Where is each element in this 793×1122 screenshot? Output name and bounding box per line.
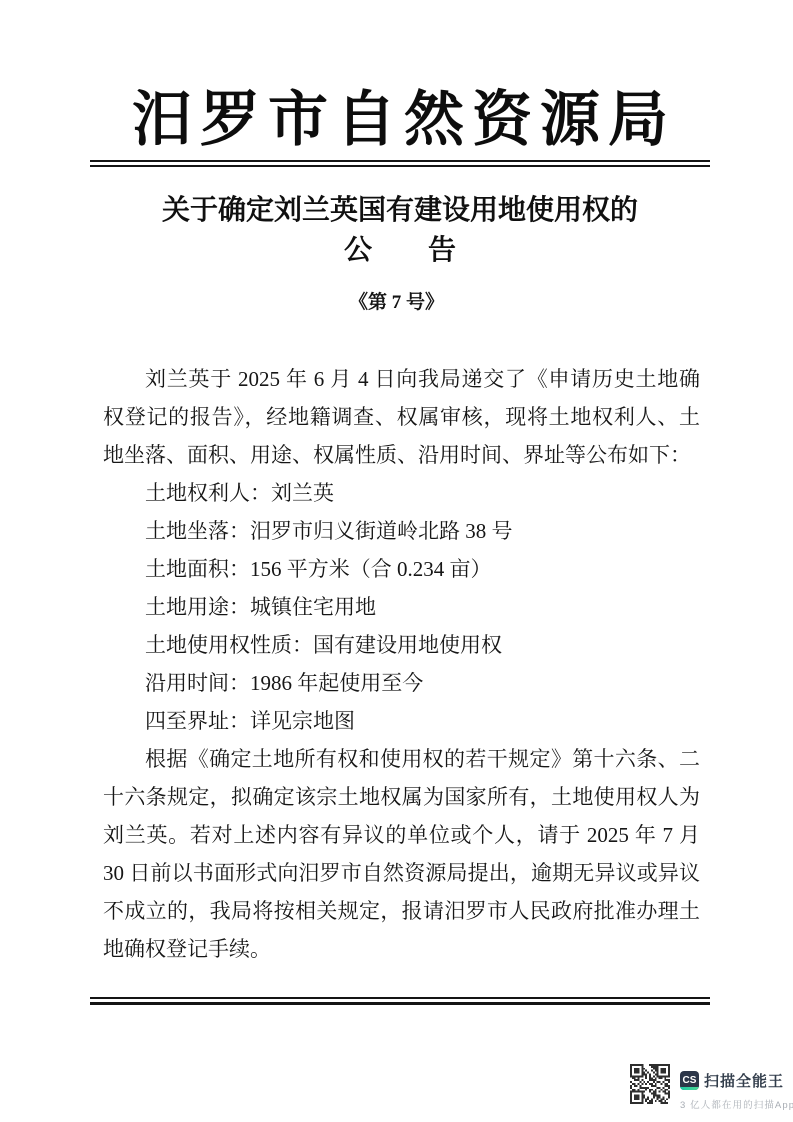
closing-paragraph: 根据《确定土地所有权和使用权的若干规定》第十六条、二十六条规定，拟确定该宗土地权… [103,740,700,968]
camscanner-logo-letters: CS [683,1075,697,1086]
notice-title: 关于确定刘兰英国有建设用地使用权的 公 告 [90,191,710,271]
watermark-text-block: CS 扫描全能王 3 亿人都在用的扫描App [680,1064,793,1111]
camscanner-watermark: CS 扫描全能王 3 亿人都在用的扫描App [630,1064,793,1111]
app-name: 扫描全能王 [704,1070,784,1091]
logo-accent-bar [680,1087,699,1090]
land-item-duration: 沿用时间：1986 年起使用至今 [103,664,700,702]
notice-title-line1: 关于确定刘兰英国有建设用地使用权的 [90,191,710,231]
notice-title-line2: 公 告 [90,231,710,271]
footer-divider [90,997,710,1005]
intro-paragraph: 刘兰英于 2025 年 6 月 4 日向我局递交了《申请历史土地确权登记的报告》… [103,360,700,474]
notice-body: 刘兰英于 2025 年 6 月 4 日向我局递交了《申请历史土地确权登记的报告》… [103,360,700,968]
land-item-right-nature: 土地使用权性质：国有建设用地使用权 [103,626,700,664]
agency-title: 汨罗市自然资源局 [90,86,710,155]
land-item-rights-holder: 土地权利人：刘兰英 [103,474,700,512]
app-tagline: 3 亿人都在用的扫描App [680,1097,793,1111]
doc-number: 《第 7 号》 [0,287,793,314]
land-item-area: 土地面积：156 平方米（合 0.234 亩） [103,550,700,588]
land-item-usage: 土地用途：城镇住宅用地 [103,588,700,626]
camscanner-logo-icon: CS [680,1071,699,1090]
qr-code-icon [630,1064,670,1104]
header-divider [90,160,710,167]
land-item-location: 土地坐落：汨罗市归义街道岭北路 38 号 [103,512,700,550]
land-item-boundaries: 四至界址：详见宗地图 [103,702,700,740]
scanned-document-page: 汨罗市自然资源局 关于确定刘兰英国有建设用地使用权的 公 告 《第 7 号》 刘… [0,0,793,1122]
